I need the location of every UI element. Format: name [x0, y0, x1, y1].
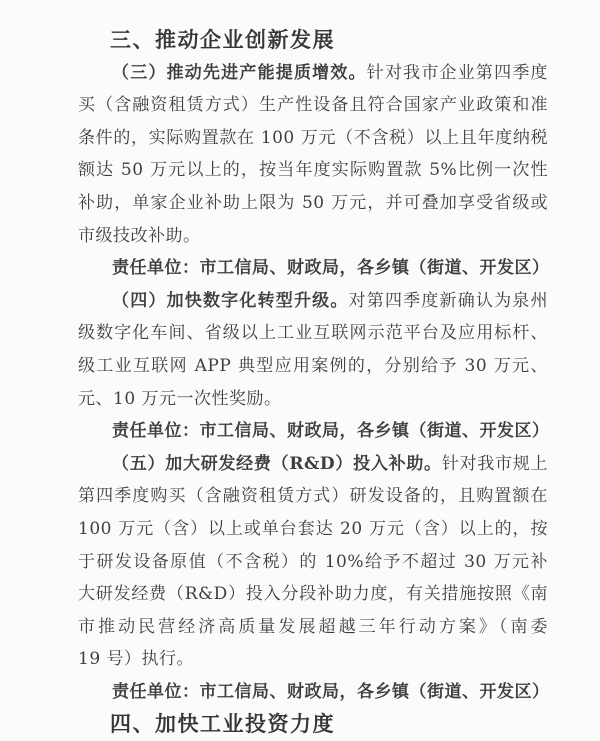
responsibility-line: 责任单位：市工信局、财政局，各乡镇（街道、开发区） [78, 415, 548, 448]
paragraph-line: （四）加快数字化转型升级。对第四季度新确认为泉州市 [78, 285, 548, 318]
section-heading: 三、推动企业创新发展 [78, 24, 548, 57]
paragraph-lead: （四）加快数字化转型升级。 [112, 291, 349, 311]
paragraph-line: 级工业互联网 APP 典型应用案例的，分别给予 30 万元、25 万 [78, 350, 548, 383]
document-page: 三、推动企业创新发展（三）推动先进产能提质增效。针对我市企业第四季度购买（含融资… [0, 0, 600, 741]
paragraph-line: 100 万元（含）以上或单台套达 20 万元（含）以上的，按不高 [78, 513, 548, 546]
section-heading: 四、加快工业投资力度 [78, 708, 548, 741]
paragraph-line: 元、10 万元一次性奖励。 [78, 383, 548, 416]
paragraph-line: （五）加大研发经费（R&D）投入补助。针对我市规上企业 [78, 448, 548, 481]
paragraph-line: 大研发经费（R&D）投入分段补助力度，有关措施按照《南安 [78, 578, 548, 611]
paragraph-line: 买（含融资租赁方式）生产性设备且符合国家产业政策和准入 [78, 89, 548, 122]
paragraph-line: 条件的，实际购置款在 100 万元（不含税）以上且年度纳税总 [78, 122, 548, 155]
paragraph-line: 于研发设备原值（不含税）的 10%给予不超过 30 万元补助。加 [78, 546, 548, 579]
paragraph-line: 额达 50 万元以上的，按当年度实际购置款 5%比例一次性给予 [78, 154, 548, 187]
responsibility-line: 责任单位：市工信局、财政局，各乡镇（街道、开发区） [78, 676, 548, 709]
paragraph-lead: （五）加大研发经费（R&D）投入补助。 [112, 454, 442, 474]
paragraph-lead: （三）推动先进产能提质增效。 [112, 63, 367, 83]
paragraph-line: 级数字化车间、省级以上工业互联网示范平台及应用标杆、省 [78, 317, 548, 350]
paragraph-line: 市推动民营经济高质量发展超越三年行动方案》（南委〔2021〕 [78, 611, 548, 644]
paragraph-line: 市级技改补助。 [78, 220, 548, 253]
paragraph-line: （三）推动先进产能提质增效。针对我市企业第四季度购 [78, 57, 548, 90]
paragraph-line: 第四季度购买（含融资租赁方式）研发设备的，且购置额在 [78, 480, 548, 513]
paragraph-line: 19 号）执行。 [78, 643, 548, 676]
responsibility-line: 责任单位：市工信局、财政局，各乡镇（街道、开发区） [78, 252, 548, 285]
paragraph-line: 补助，单家企业补助上限为 50 万元，并可叠加享受省级或泉州 [78, 187, 548, 220]
